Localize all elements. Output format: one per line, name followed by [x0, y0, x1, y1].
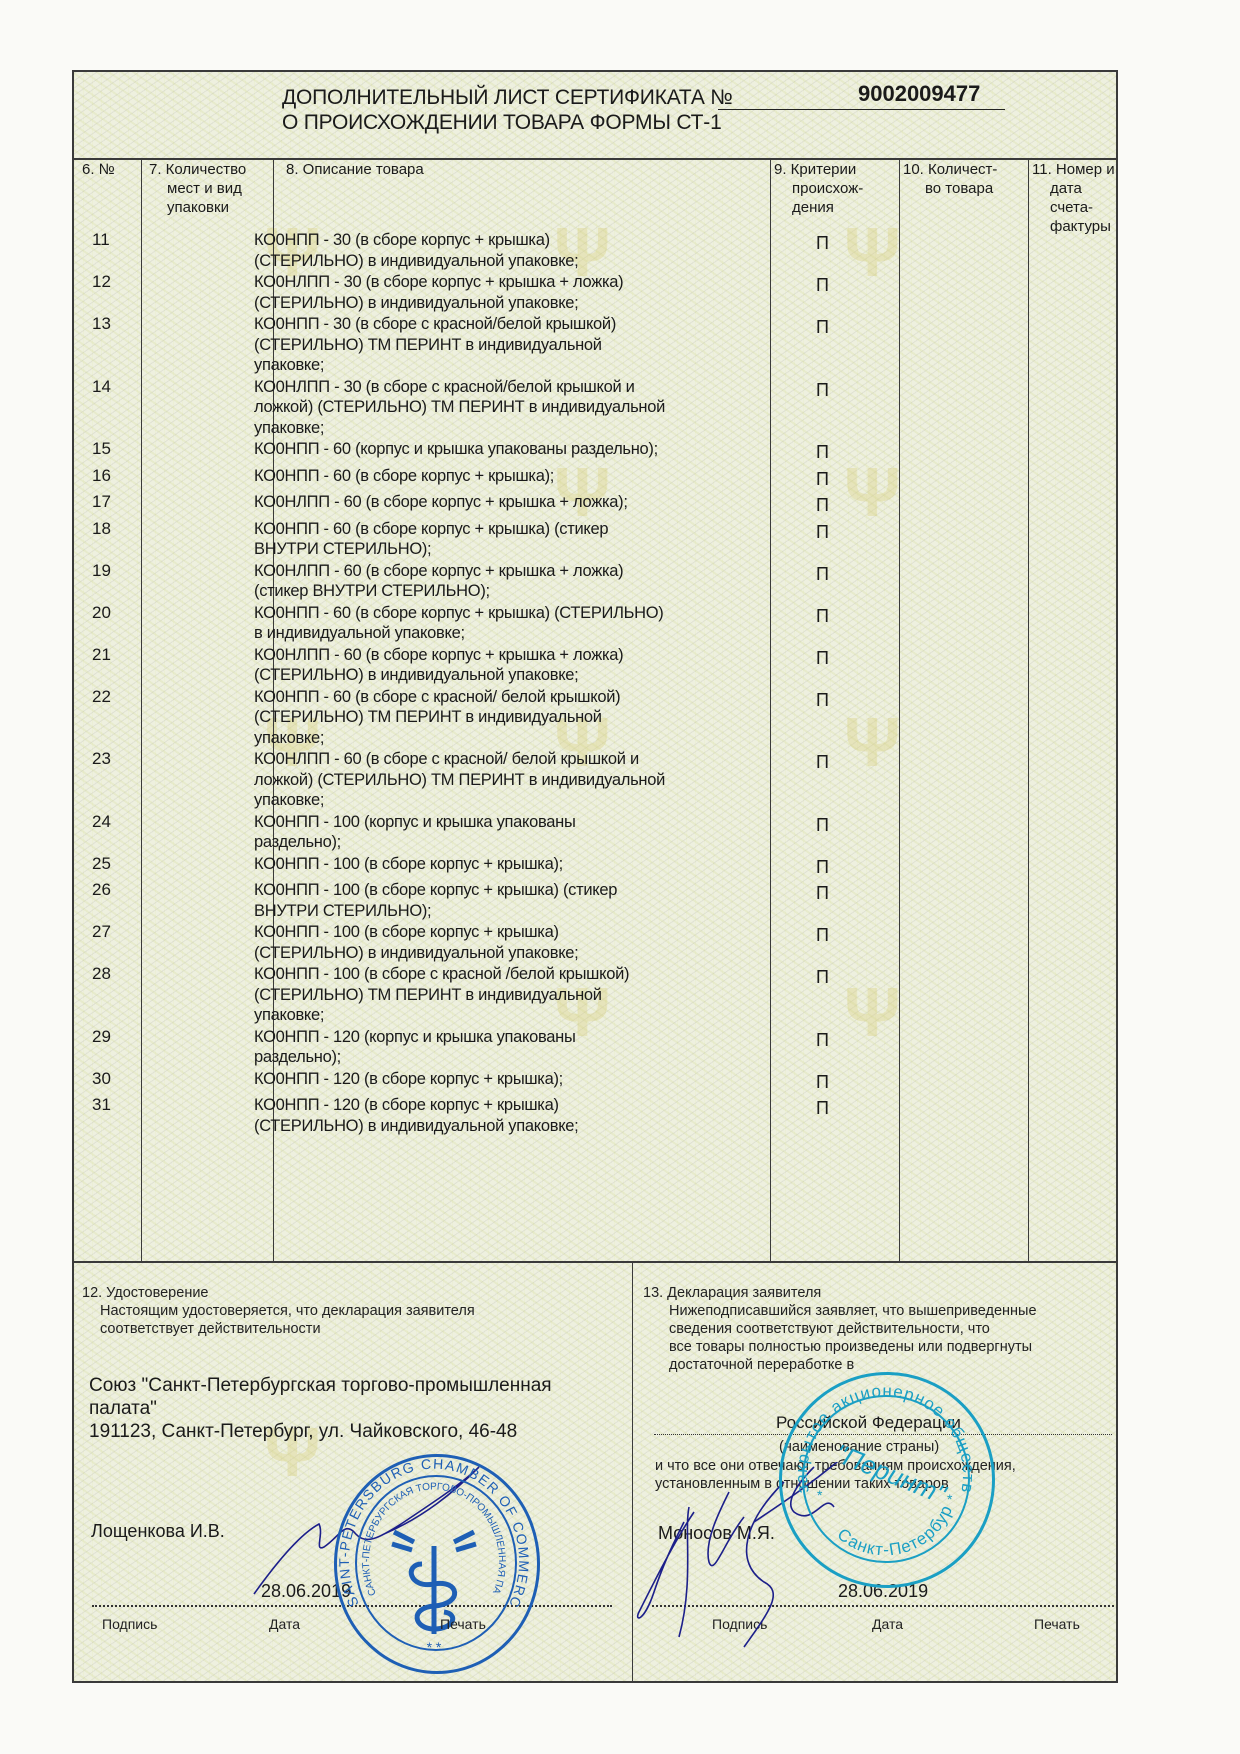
column-header-line: во товара [903, 179, 997, 198]
column-divider [141, 159, 142, 1262]
row-number: 30 [92, 1069, 111, 1089]
row-criterion: П [816, 442, 829, 463]
row-description: (СТЕРИЛЬНО) ТМ ПЕРИНТ в индивидуальной [254, 707, 602, 727]
row-number: 22 [92, 687, 111, 707]
row-criterion: П [816, 690, 829, 711]
row-number: 11 [92, 230, 110, 250]
seal-label: Печать [440, 1616, 486, 1632]
row-description: ложкой) (СТЕРИЛЬНО) ТМ ПЕРИНТ в индивиду… [254, 770, 665, 790]
row-description: КО0НПП - 60 (в сборе корпус + крышка) (с… [254, 519, 608, 539]
company-seal: закрытое акционерное общество Санкт-Пете… [779, 1372, 995, 1588]
row-criterion: П [816, 925, 829, 946]
row-number: 14 [92, 377, 111, 397]
row-number: 16 [92, 466, 111, 486]
declaration-text: все товары полностью произведены или под… [669, 1338, 1032, 1356]
section-divider [632, 1262, 633, 1683]
row-description: КО0НЛПП - 30 (в сборе корпус + крышка + … [254, 272, 623, 292]
column-header-line: фактуры [1032, 217, 1116, 236]
row-criterion: П [816, 522, 829, 543]
row-description: КО0НПП - 120 (в сборе корпус + крышка) [254, 1095, 559, 1115]
row-number: 29 [92, 1027, 111, 1047]
row-number: 28 [92, 964, 111, 984]
column-header-line: 10. Количест- [903, 160, 997, 179]
column-header-line: дата счета- [1032, 179, 1116, 217]
column-header-line: происхож- [774, 179, 863, 198]
row-description: раздельно); [254, 832, 341, 852]
row-description: (СТЕРИЛЬНО) в индивидуальной упаковке; [254, 1116, 578, 1136]
certificate-number-underline [718, 109, 1005, 110]
row-description: КО0НПП - 60 (в сборе корпус + крышка) (С… [254, 603, 663, 623]
signature-label: Подпись [102, 1616, 157, 1632]
row-criterion: П [816, 606, 829, 627]
row-description: (СТЕРИЛЬНО) в индивидуальной упаковке; [254, 665, 578, 685]
row-number: 13 [92, 314, 111, 334]
column-header-description: 8. Описание товара [286, 160, 424, 179]
row-number: 18 [92, 519, 111, 539]
chamber-address: 191123, Санкт-Петербург, ул. Чайковского… [89, 1420, 517, 1443]
row-description: (СТЕРИЛЬНО) ТМ ПЕРИНТ в индивидуальной [254, 985, 602, 1005]
certificate-sheet: Ψ Ψ Ψ Ψ Ψ Ψ Ψ Ψ Ψ Ψ Ψ ДОПОЛНИТЕЛЬНЫЙ ЛИС… [72, 70, 1118, 1683]
row-description: упаковке; [254, 790, 324, 810]
column-header-line: 6. № [82, 160, 115, 179]
column-header-line: мест и вид [149, 179, 246, 198]
column-header-line: дения [774, 198, 863, 217]
column-header-invoice: 11. Номер и дата счета- фактуры [1032, 160, 1116, 236]
row-criterion: П [816, 495, 829, 516]
row-description: КО0НПП - 100 (в сборе корпус + крышка) (… [254, 880, 617, 900]
row-description: ВНУТРИ СТЕРИЛЬНО); [254, 539, 431, 559]
column-header-line: 11. Номер и [1032, 160, 1116, 179]
row-description: в индивидуальной упаковке; [254, 623, 465, 643]
row-criterion: П [816, 967, 829, 988]
row-criterion: П [816, 1072, 829, 1093]
row-number: 21 [92, 645, 111, 665]
row-description: (СТЕРИЛЬНО) в индивидуальной упаковке; [254, 251, 578, 271]
row-criterion: П [816, 564, 829, 585]
row-description: ложкой) (СТЕРИЛЬНО) ТМ ПЕРИНТ в индивиду… [254, 397, 665, 417]
date-label: Дата [269, 1616, 300, 1632]
row-criterion: П [816, 1030, 829, 1051]
row-criterion: П [816, 815, 829, 836]
row-number: 17 [92, 492, 111, 512]
row-number: 26 [92, 880, 111, 900]
row-description: (стикер ВНУТРИ СТЕРИЛЬНО); [254, 581, 490, 601]
chamber-name: Союз "Санкт-Петербургская торгово-промыш… [89, 1374, 552, 1397]
row-description: КО0НЛПП - 60 (в сборе корпус + крышка + … [254, 645, 623, 665]
column-header-packages: 7. Количество мест и вид упаковки [149, 160, 246, 217]
certification-text: Настоящим удостоверяется, что декларация… [100, 1302, 475, 1320]
row-criterion: П [816, 883, 829, 904]
svg-text:САНКТ-ПЕТЕРБУРГСКАЯ ТОРГОВО-ПР: САНКТ-ПЕТЕРБУРГСКАЯ ТОРГОВО-ПРОМЫШЛЕННАЯ… [334, 1454, 507, 1597]
chamber-name: палата" [89, 1397, 157, 1420]
watermark-emblem: Ψ [844, 702, 901, 782]
certifier-name: Лощенкова И.В. [91, 1520, 225, 1543]
certificate-number: 9002009477 [858, 81, 980, 107]
row-description: КО0НПП - 60 (в сборе с красной/ белой кр… [254, 687, 620, 707]
row-number: 31 [92, 1095, 111, 1115]
column-header-number: 6. № [82, 160, 115, 179]
seal-label: Печать [1034, 1616, 1080, 1632]
row-number: 24 [92, 812, 111, 832]
column-header-quantity: 10. Количест- во товара [903, 160, 997, 198]
row-criterion: П [816, 648, 829, 669]
row-criterion: П [816, 752, 829, 773]
row-description: КО0НПП - 100 (корпус и крышка упакованы [254, 812, 576, 832]
row-description: КО0НПП - 100 (в сборе с красной /белой к… [254, 964, 629, 984]
svg-text:*: * [947, 1491, 953, 1507]
row-description: (СТЕРИЛЬНО) в индивидуальной упаковке; [254, 943, 578, 963]
column-header-line: 9. Критерии [774, 160, 863, 179]
row-number: 12 [92, 272, 111, 292]
row-number: 25 [92, 854, 111, 874]
row-number: 27 [92, 922, 111, 942]
row-description: КО0НПП - 120 (корпус и крышка упакованы [254, 1027, 576, 1047]
row-description: упаковке; [254, 418, 324, 438]
watermark-emblem: Ψ [844, 972, 901, 1052]
row-description: упаковке; [254, 355, 324, 375]
page-title: ДОПОЛНИТЕЛЬНЫЙ ЛИСТ СЕРТИФИКАТА № [282, 85, 733, 110]
watermark-emblem: Ψ [844, 452, 901, 532]
row-criterion: П [816, 275, 829, 296]
column-header-line: 8. Описание товара [286, 160, 424, 179]
column-header-criteria: 9. Критерии происхож- дения [774, 160, 863, 217]
declaration-heading: 13. Декларация заявителя [643, 1284, 821, 1302]
row-description: КО0НПП - 100 (в сборе корпус + крышка) [254, 922, 559, 942]
row-description: КО0НПП - 120 (в сборе корпус + крышка); [254, 1069, 563, 1089]
certification-text: соответствует действительности [100, 1320, 321, 1338]
row-number: 15 [92, 439, 111, 459]
row-criterion: П [816, 317, 829, 338]
column-divider [770, 159, 771, 1262]
row-number: 20 [92, 603, 111, 623]
row-description: КО0НЛПП - 30 (в сборе с красной/белой кр… [254, 377, 635, 397]
row-description: (СТЕРИЛЬНО) в индивидуальной упаковке; [254, 293, 578, 313]
certification-heading: 12. Удостоверение [82, 1284, 209, 1302]
row-description: КО0НПП - 30 (в сборе корпус + крышка) [254, 230, 550, 250]
row-description: КО0НЛПП - 60 (в сборе корпус + крышка + … [254, 492, 628, 512]
column-divider [1028, 159, 1029, 1262]
column-divider [899, 159, 900, 1262]
row-description: упаковке; [254, 1005, 324, 1025]
svg-text:*: * [817, 1487, 823, 1503]
row-description: раздельно); [254, 1047, 341, 1067]
seal-inner-text: САНКТ-ПЕТЕРБУРГСКАЯ ТОРГОВО-ПРОМЫШЛЕННАЯ… [334, 1454, 507, 1597]
row-criterion: П [816, 857, 829, 878]
column-header-line: упаковки [149, 198, 246, 217]
row-description: КО0НПП - 30 (в сборе с красной/белой кры… [254, 314, 616, 334]
row-description: КО0НПП - 60 (корпус и крышка упакованы р… [254, 439, 658, 459]
column-header-line: 7. Количество [149, 160, 246, 179]
table-bottom-divider [74, 1261, 1116, 1263]
seal-center-text: "Перинт" [831, 1438, 952, 1510]
svg-text:* *: * * [427, 1639, 442, 1655]
chamber-seal: SAINT-PETERSBURG CHAMBER OF COMMERCE AND… [334, 1454, 540, 1674]
page-subtitle: О ПРОИСХОЖДЕНИИ ТОВАРА ФОРМЫ СТ-1 [282, 110, 722, 135]
row-description: КО0НПП - 60 (в сборе корпус + крышка); [254, 466, 554, 486]
row-description: КО0НПП - 100 (в сборе корпус + крышка); [254, 854, 563, 874]
row-criterion: П [816, 233, 829, 254]
row-description: упаковке; [254, 728, 324, 748]
declaration-text: сведения соответствуют действительности,… [669, 1320, 990, 1338]
row-criterion: П [816, 469, 829, 490]
row-number: 23 [92, 749, 111, 769]
row-criterion: П [816, 1098, 829, 1119]
row-description: (СТЕРИЛЬНО) ТМ ПЕРИНТ в индивидуальной [254, 335, 602, 355]
declaration-text: Нижеподписавшийся заявляет, что вышеприв… [669, 1302, 1037, 1320]
row-description: КО0НЛПП - 60 (в сборе с красной/ белой к… [254, 749, 639, 769]
row-description: ВНУТРИ СТЕРИЛЬНО); [254, 901, 431, 921]
row-number: 19 [92, 561, 111, 581]
row-criterion: П [816, 380, 829, 401]
row-description: КО0НЛПП - 60 (в сборе корпус + крышка + … [254, 561, 623, 581]
watermark-emblem: Ψ [844, 212, 901, 292]
